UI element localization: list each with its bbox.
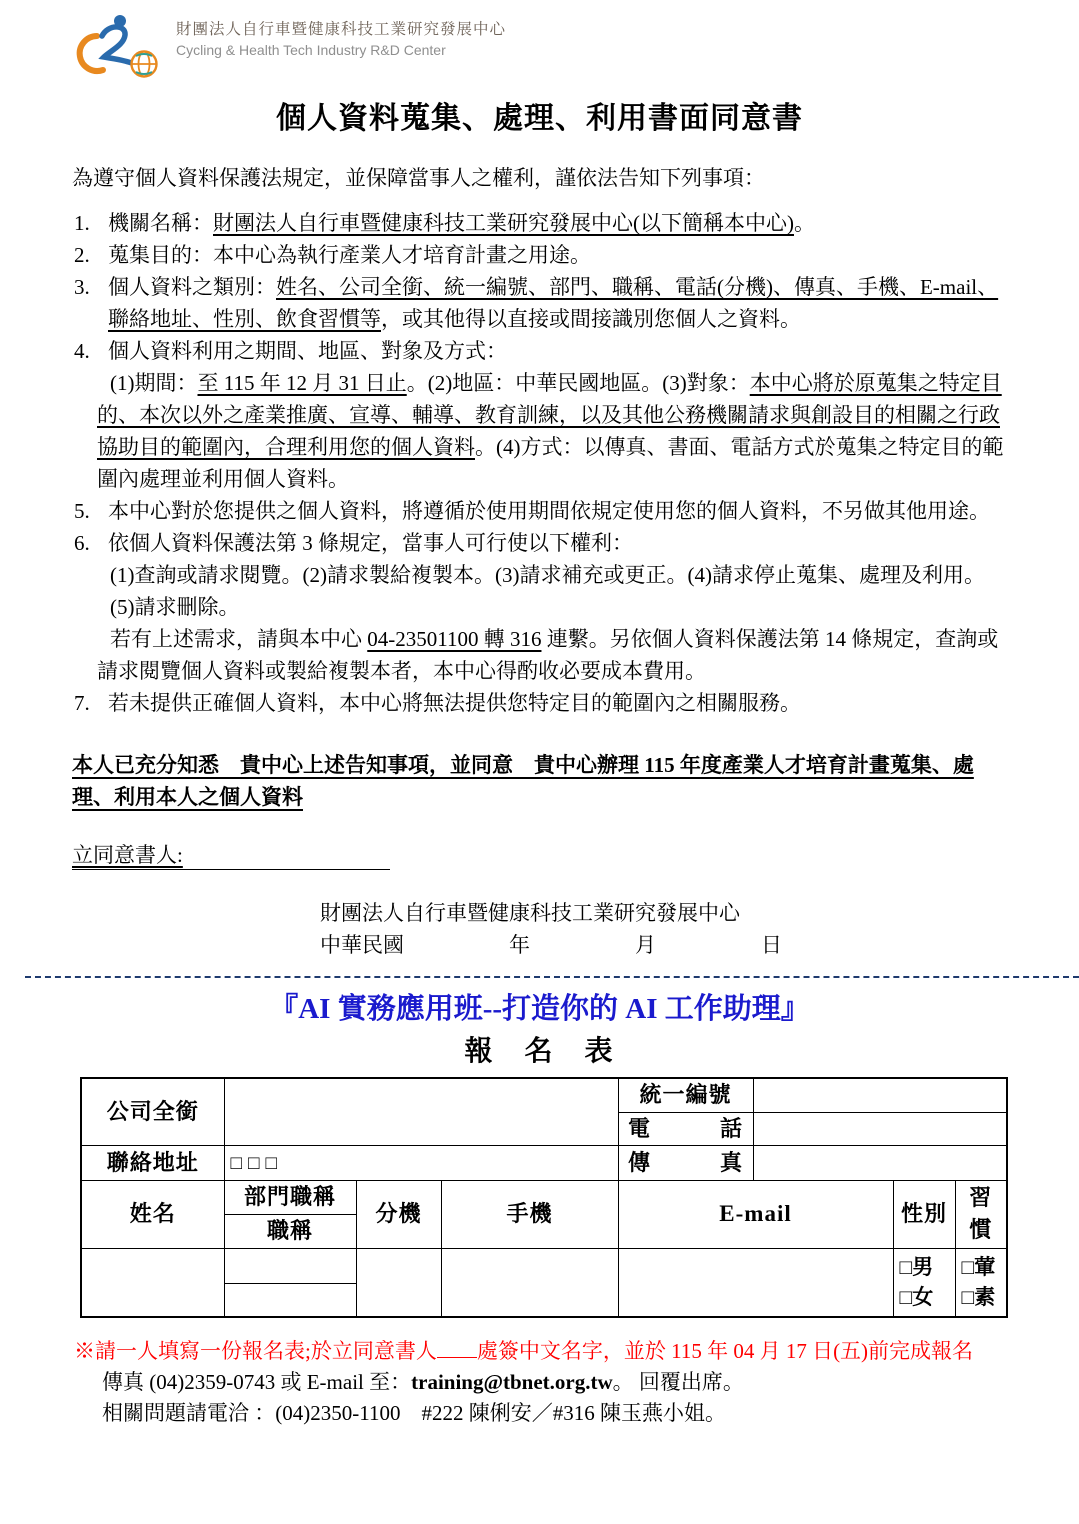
gender-options: □男 □女: [893, 1248, 955, 1317]
email-field[interactable]: [618, 1248, 893, 1317]
cyclist-logo-icon: [58, 14, 170, 78]
diet-header: 習慣: [955, 1180, 1007, 1248]
item-underlined-text: 至 115 年 12 月 31 日止: [198, 371, 407, 395]
item-text: 機關名稱：: [108, 211, 213, 235]
item-text: 依個人資料保護法第 3 條規定，當事人可行使以下權利：: [108, 531, 633, 555]
item-number: 4.: [74, 335, 90, 367]
mobile-header: 手機: [441, 1180, 618, 1248]
consent-item-6-contact: 若有上述需求，請與本中心 04-23501100 轉 316 連繫。另依個人資料…: [72, 623, 1007, 687]
item-number: 5.: [74, 495, 90, 527]
consent-item-7: 7. 若未提供正確個人資料，本中心將無法提供您特定目的範圍內之相關服務。: [72, 687, 1007, 719]
registration-form-title: 報 名 表: [0, 1035, 1079, 1069]
diet-options: □葷 □素: [955, 1248, 1007, 1317]
item-number: 6.: [74, 527, 90, 559]
postal-checkbox-icons[interactable]: □□□: [231, 1153, 283, 1174]
checkbox-male[interactable]: □男: [900, 1252, 949, 1282]
extension-header: 分機: [356, 1180, 441, 1248]
checkbox-meat[interactable]: □葷: [962, 1252, 1001, 1282]
item-text: 。: [794, 211, 815, 235]
company-name-field[interactable]: [224, 1078, 618, 1145]
signature-blank-underline[interactable]: [437, 1357, 477, 1358]
department-header: 部門職稱: [224, 1180, 356, 1214]
consent-title: 個人資料蒐集、處理、利用書面同意書: [72, 100, 1007, 138]
checkbox-vegetarian[interactable]: □素: [962, 1282, 1001, 1312]
consent-item-4-detail: (1)期間：至 115 年 12 月 31 日止。(2)地區：中華民國地區。(3…: [72, 367, 1007, 495]
signer-label: 立同意書人:: [72, 843, 183, 867]
org-signature-line: 財團法人自行車暨健康科技工業研究發展中心: [72, 897, 1007, 929]
company-name-label: 公司全銜: [81, 1078, 224, 1145]
mobile-field[interactable]: [441, 1248, 618, 1317]
consent-item-list: 1. 機關名稱：財團法人自行車暨健康科技工業研究發展中心(以下簡稱本中心)。 2…: [72, 207, 1007, 719]
consent-item-2: 2. 蒐集目的：本中心為執行產業人才培育計畫之用途。: [72, 239, 1007, 271]
gender-header: 性別: [893, 1180, 955, 1248]
consent-item-4: 4. 個人資料利用之期間、地區、對象及方式：: [72, 335, 1007, 367]
registration-table: 公司全銜 統一編號 電 話 聯絡地址 □□□ 傳 真 姓名 部門職稱 分機 手機: [80, 1077, 1008, 1318]
name-field[interactable]: [81, 1248, 224, 1317]
tax-id-label: 統一編號: [618, 1078, 753, 1112]
item-number: 3.: [74, 271, 90, 303]
item-text: 蒐集目的：本中心為執行產業人才培育計畫之用途。: [108, 243, 591, 267]
consent-item-1: 1. 機關名稱：財團法人自行車暨健康科技工業研究發展中心(以下簡稱本中心)。: [72, 207, 1007, 239]
item-underlined-text: 04-23501100 轉 316: [367, 627, 541, 651]
document-page: 財團法人自行車暨健康科技工業研究發展中心 Cycling & Health Te…: [0, 0, 1079, 1524]
contact-phone-note: 相關問題請電洽 ：(04)2350-1100 #222 陳俐安／#316 陳玉燕…: [74, 1398, 1079, 1429]
footer-notes: ※請一人填寫一份報名表;於立同意書人處簽中文名字，並於 115 年 04 月 1…: [0, 1336, 1079, 1429]
item-text: 個人資料利用之期間、地區、對象及方式：: [108, 339, 507, 363]
org-name-zh: 財團法人自行車暨健康科技工業研究發展中心: [176, 20, 506, 40]
extension-field[interactable]: [356, 1248, 441, 1317]
signer-signature-field[interactable]: 立同意書人:: [72, 841, 390, 870]
tax-id-field[interactable]: [753, 1078, 1007, 1112]
agreement-statement: 本人已充分知悉 貴中心上述告知事項，並同意 貴中心辦理 115 年度產業人才培育…: [72, 749, 1007, 813]
signer-row: 立同意書人:: [72, 839, 1007, 871]
contact-email: training@tbnet.org.tw: [411, 1370, 613, 1394]
item-number: 2.: [74, 239, 90, 271]
dashed-cut-divider: [25, 976, 1079, 978]
course-title: 『AI 實務應用班--打造你的 AI 工作助理』: [0, 991, 1079, 1027]
jobtitle-header: 職稱: [224, 1214, 356, 1248]
consent-item-6-rights: (5)請求刪除。: [72, 591, 1007, 623]
item-text: 本中心對於您提供之個人資料，將遵循於使用期間依規定使用您的個人資料，不另做其他用…: [108, 499, 990, 523]
item-text: 若有上述需求，請與本中心: [110, 627, 367, 651]
email-header: E-mail: [618, 1180, 893, 1248]
checkbox-female[interactable]: □女: [900, 1282, 949, 1312]
consent-item-6: 6. 依個人資料保護法第 3 條規定，當事人可行使以下權利：: [72, 527, 1007, 559]
consent-item-6-rights: (1)查詢或請求閱覽。(2)請求製給複製本。(3)請求補充或更正。(4)請求停止…: [72, 559, 1007, 591]
roc-date-line: 中華民國 年 月 日: [72, 929, 1007, 961]
department-field[interactable]: [224, 1248, 356, 1283]
item-text: ，或其他得以直接或間接識別您個人之資料。: [381, 307, 801, 331]
fax-email-note: 傳真 (04)2359-0743 或 E-mail 至：training@tbn…: [74, 1367, 1079, 1398]
item-number: 1.: [74, 207, 90, 239]
item-text: (1)期間：: [110, 371, 198, 395]
address-label: 聯絡地址: [81, 1145, 224, 1180]
consent-intro: 為遵守個人資料保護法規定，並保障當事人之權利，謹依法告知下列事項：: [72, 162, 1007, 194]
postal-code-boxes[interactable]: □□□: [224, 1145, 618, 1180]
phone-field[interactable]: [753, 1112, 1007, 1145]
item-text: 個人資料之類別：: [108, 275, 276, 299]
name-header: 姓名: [81, 1180, 224, 1248]
jobtitle-field[interactable]: [224, 1283, 356, 1317]
consent-item-5: 5. 本中心對於您提供之個人資料，將遵循於使用期間依規定使用您的個人資料，不另做…: [72, 495, 1007, 527]
org-logo: 財團法人自行車暨健康科技工業研究發展中心 Cycling & Health Te…: [58, 14, 1079, 80]
consent-item-3: 3. 個人資料之類別：姓名、公司全銜、統一編號、部門、職稱、電話(分機)、傳真、…: [72, 271, 1007, 335]
item-number: 7.: [74, 687, 90, 719]
fax-field[interactable]: [753, 1145, 1007, 1180]
item-underlined-text: 財團法人自行車暨健康科技工業研究發展中心(以下簡稱本中心): [213, 211, 794, 235]
org-name-en: Cycling & Health Tech Industry R&D Cente…: [176, 40, 506, 60]
phone-label: 電 話: [618, 1112, 753, 1145]
deadline-note: ※請一人填寫一份報名表;於立同意書人處簽中文名字，並於 115 年 04 月 1…: [74, 1336, 1079, 1367]
item-text: 。(2)地區：中華民國地區。(3)對象：: [407, 371, 750, 395]
fax-label: 傳 真: [618, 1145, 753, 1180]
item-text: 若未提供正確個人資料，本中心將無法提供您特定目的範圍內之相關服務。: [108, 691, 801, 715]
